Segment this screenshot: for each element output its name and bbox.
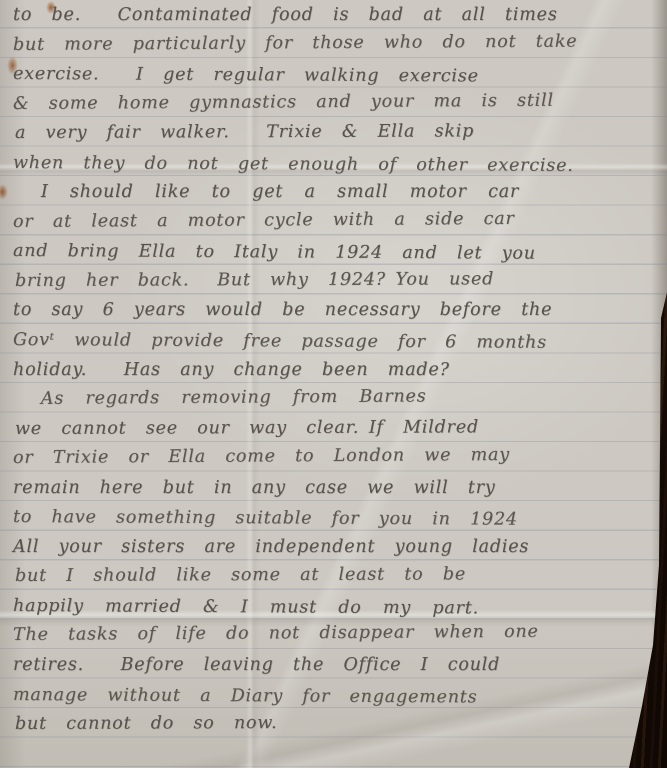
handwritten-line: bring her back. But why 1924? You used — [15, 265, 663, 297]
handwritten-line: but I should like some at least to be — [15, 560, 663, 592]
handwritten-line: The tasks of life do not disappear when … — [13, 618, 661, 652]
handwritten-line: to be. Contaminated food is bad at all t… — [13, 1, 661, 31]
handwritten-line: & some home gymnastics and your ma is st… — [13, 86, 661, 120]
handwritten-line: to have something suitable for you in 19… — [13, 503, 661, 536]
handwritten-line: I should like to get a small motor car — [13, 178, 661, 208]
handwritten-line: All your sisters are independent young l… — [13, 533, 661, 563]
handwritten-line: when they do not get enough of other exe… — [13, 149, 661, 182]
handwritten-line: or Trixie or Ella come to London we may — [13, 440, 661, 474]
handwritten-line: retires. Before leaving the Office I cou… — [13, 651, 661, 681]
letter-paper: to be. Contaminated food is bad at all t… — [0, 0, 667, 768]
handwritten-line: Govᵗ would provide free passage for 6 mo… — [13, 326, 661, 359]
handwritten-text: to be. Contaminated food is bad at all t… — [13, 1, 661, 740]
rust-stain — [0, 184, 8, 200]
handwritten-line: remain here but in any case we will try — [13, 474, 661, 504]
handwritten-line: but cannot do so now. — [15, 708, 663, 740]
letter-photo: to be. Contaminated food is bad at all t… — [0, 0, 667, 768]
handwritten-line: As regards removing from Barnes — [13, 381, 661, 415]
handwritten-line: we cannot see our way clear. If Mildred — [15, 412, 663, 444]
handwritten-line: or at least a motor cycle with a side ca… — [13, 204, 661, 238]
handwritten-line: but more particularly for those who do n… — [13, 27, 661, 61]
handwritten-line: a very fair walker. Trixie & Ella skip — [15, 117, 663, 149]
handwritten-line: to say 6 years would be necessary before… — [13, 296, 661, 326]
